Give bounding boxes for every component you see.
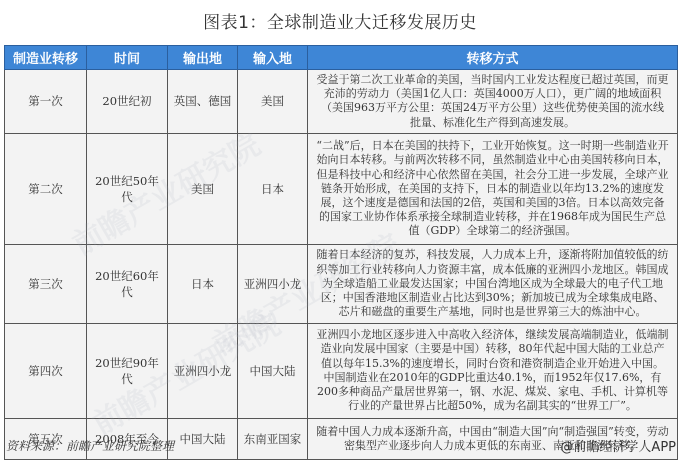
- cell-to: 日本: [238, 133, 308, 244]
- source-note: 资料来源：前瞻产业研究院整理: [6, 437, 174, 454]
- header-from: 输出地: [168, 46, 238, 70]
- cell-time: 20世纪60年代: [87, 244, 168, 323]
- header-wave: 制造业转移: [5, 46, 87, 70]
- cell-method: 亚洲四小龙地区逐步进入中高收入经济体，继续发展高端制造业，低端制造业向发展中国家…: [308, 323, 678, 418]
- table-row: 第二次 20世纪50年代 美国 日本 “二战”后，日本在美国的扶持下，工业开始恢…: [5, 133, 678, 244]
- cell-wave: 第四次: [5, 323, 87, 418]
- cell-method: “二战”后，日本在美国的扶持下，工业开始恢复。这一时期一些制造业开始向日本转移。…: [308, 133, 678, 244]
- cell-wave: 第三次: [5, 244, 87, 323]
- header-to: 输入地: [238, 46, 308, 70]
- table-row: 第四次 20世纪90年代 亚洲四小龙 中国大陆 亚洲四小龙地区逐步进入中高收入经…: [5, 323, 678, 418]
- cell-from: 中国大陆: [168, 418, 238, 459]
- cell-wave: 第二次: [5, 133, 87, 244]
- cell-to: 中国大陆: [238, 323, 308, 418]
- chart-title: 图表1：全球制造业大迁移发展历史: [0, 8, 680, 33]
- manufacturing-migration-table: 制造业转移 时间 输出地 输入地 转移方式 第一次 20世纪初 英国、德国 美国…: [4, 45, 678, 460]
- header-time: 时间: [87, 46, 168, 70]
- cell-time: 20世纪90年代: [87, 323, 168, 418]
- table-header-row: 制造业转移 时间 输出地 输入地 转移方式: [5, 46, 678, 70]
- cell-method: 随着日本经济的复苏，科技发展，人力成本上升，逐渐将附加值较低的纺织等加工行业转移…: [308, 244, 678, 323]
- cell-wave: 第一次: [5, 70, 87, 134]
- cell-time: 20世纪50年代: [87, 133, 168, 244]
- cell-to: 东南亚国家: [238, 418, 308, 459]
- cell-to: 亚洲四小龙: [238, 244, 308, 323]
- brand-credit: @前瞻经济学人APP: [560, 436, 676, 455]
- cell-from: 英国、德国: [168, 70, 238, 134]
- cell-from: 亚洲四小龙: [168, 323, 238, 418]
- cell-to: 美国: [238, 70, 308, 134]
- table-row: 第一次 20世纪初 英国、德国 美国 受益于第二次工业革命的美国，当时国内工业发…: [5, 70, 678, 134]
- cell-time: 20世纪初: [87, 70, 168, 134]
- table-row: 第三次 20世纪60年代 日本 亚洲四小龙 随着日本经济的复苏，科技发展，人力成…: [5, 244, 678, 323]
- header-method: 转移方式: [308, 46, 678, 70]
- cell-method: 受益于第二次工业革命的美国，当时国内工业发达程度已超过英国，而更充沛的劳动力（美…: [308, 70, 678, 134]
- cell-from: 美国: [168, 133, 238, 244]
- cell-from: 日本: [168, 244, 238, 323]
